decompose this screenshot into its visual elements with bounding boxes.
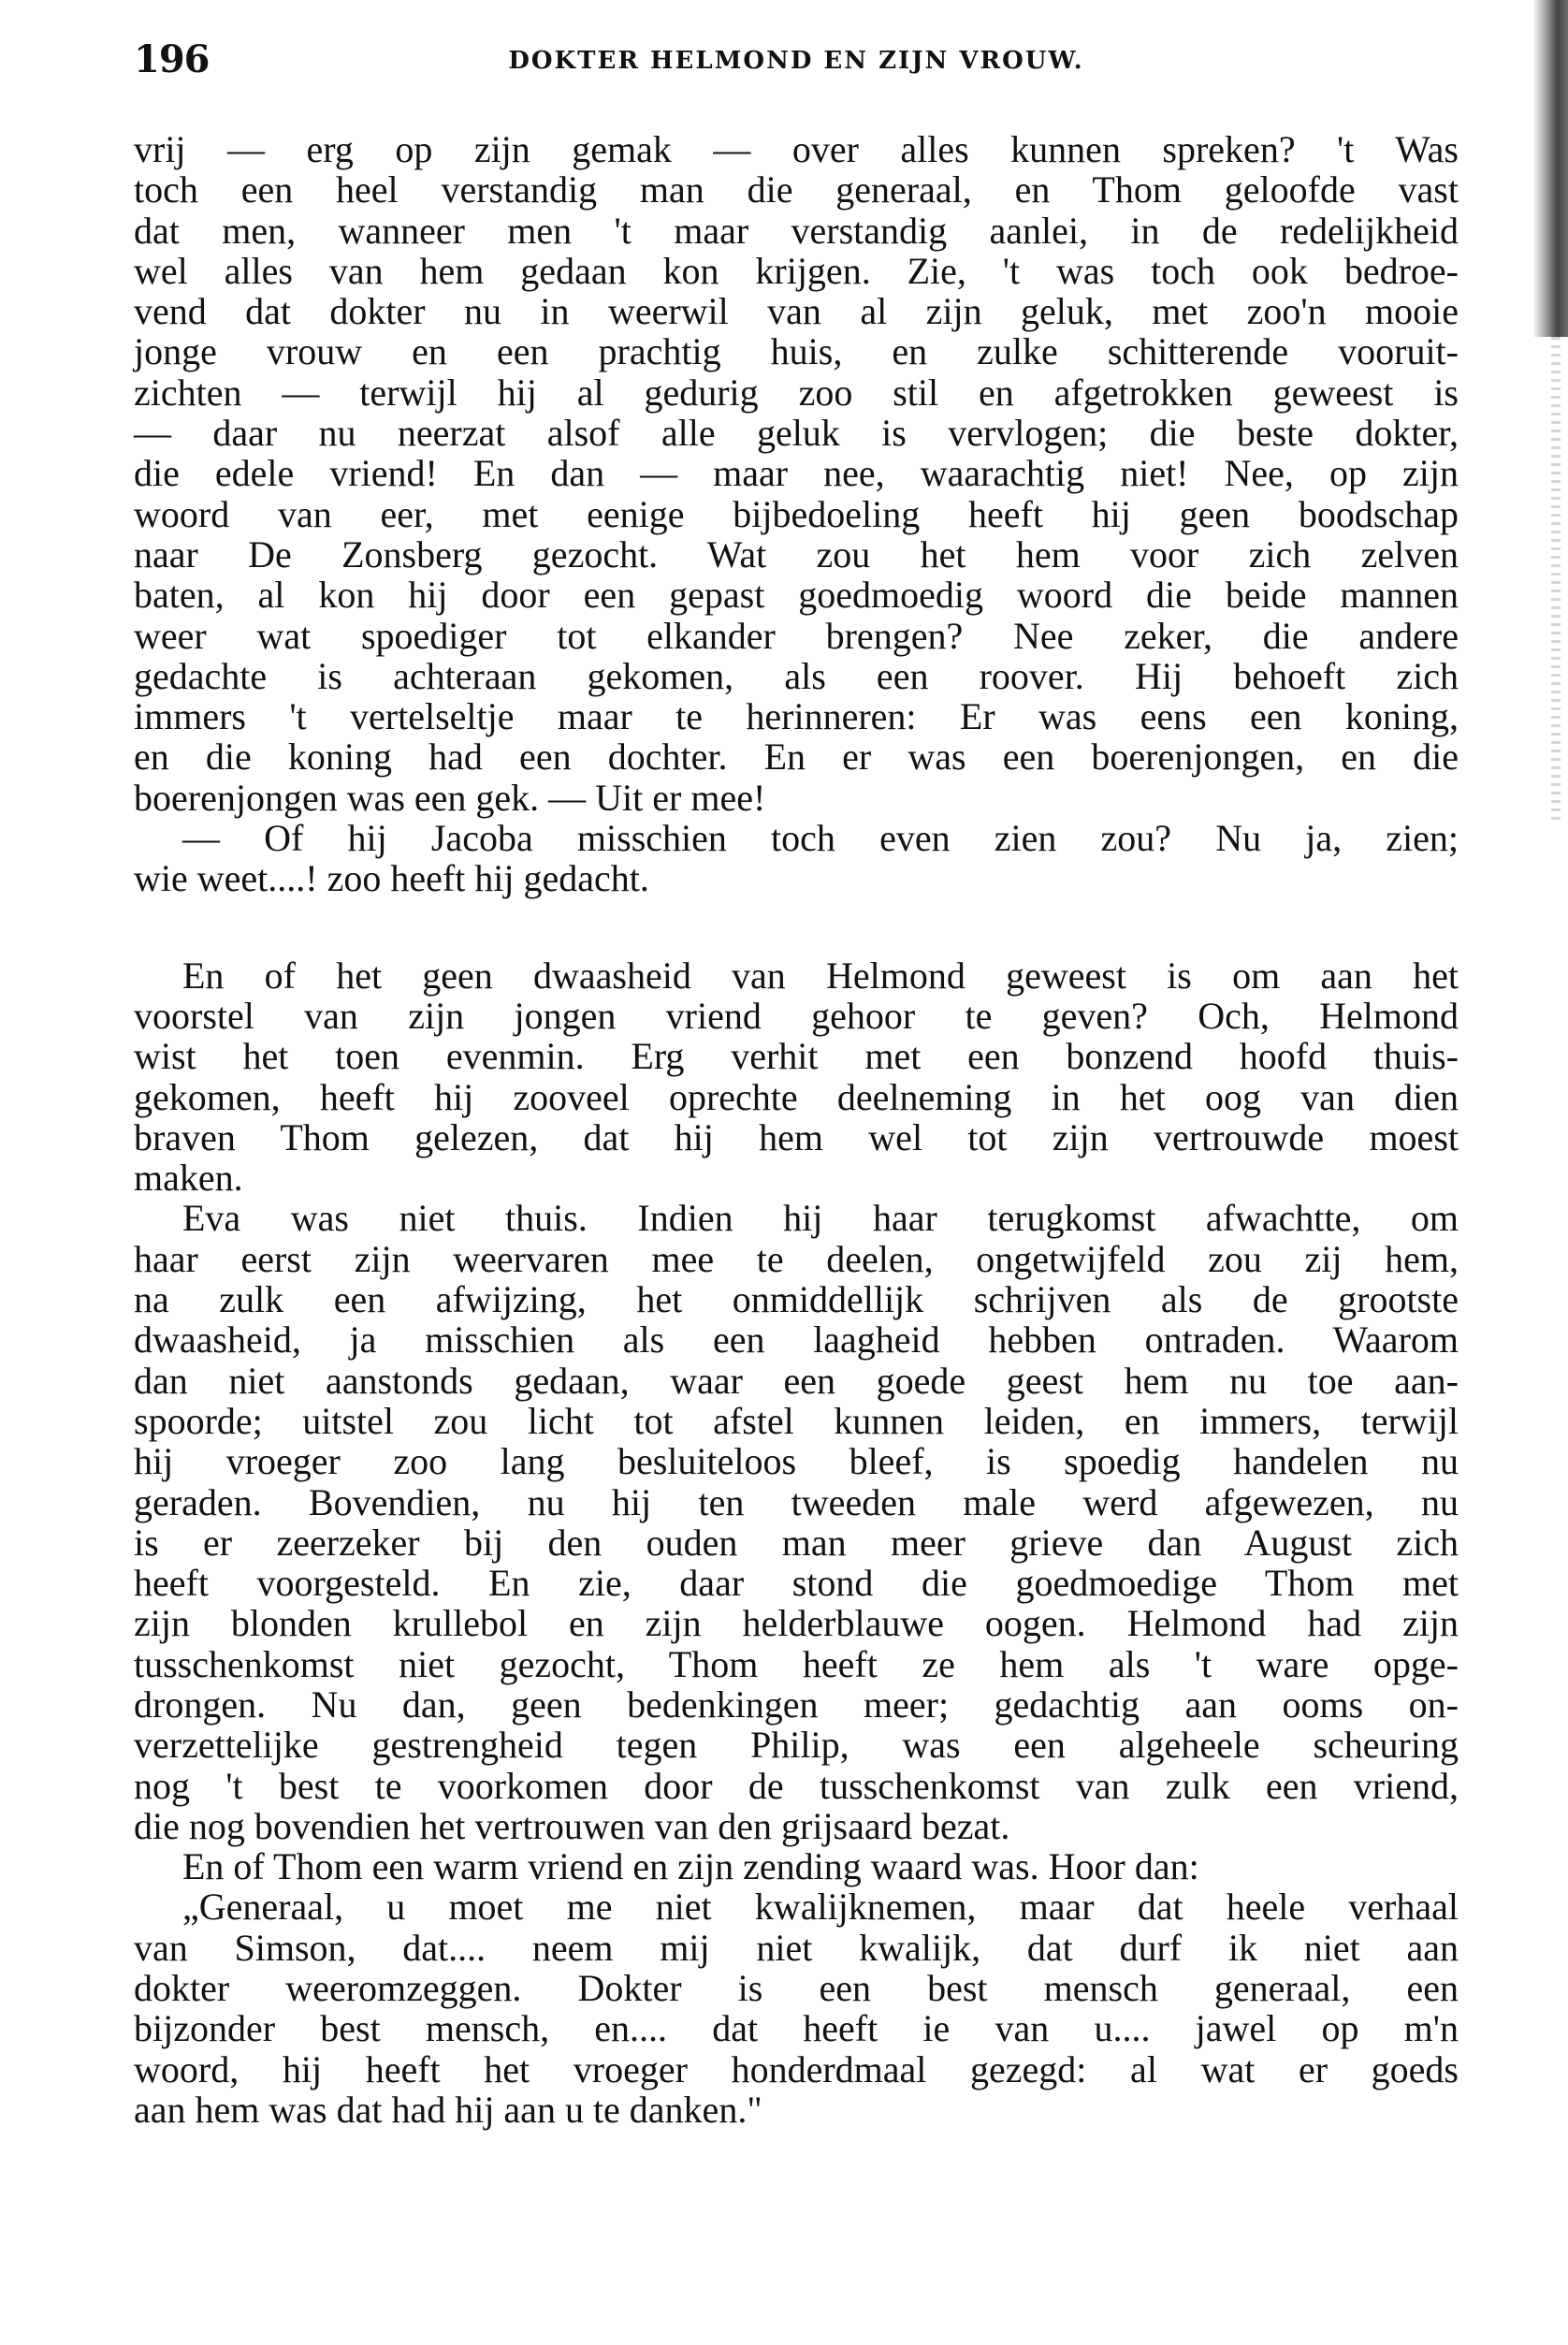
paragraph: — Of hij Jacoba misschien toch even zien…	[134, 818, 1459, 899]
page-body-text: vrij — erg op zijn gemak — over alles ku…	[134, 129, 1459, 2130]
text-line: haar eerst zijn weervaren mee te deelen,…	[134, 1239, 1459, 1279]
text-line: — Of hij Jacoba misschien toch even zien…	[134, 818, 1459, 858]
text-line: weer wat spoediger tot elkander brengen?…	[134, 616, 1459, 656]
text-line: na zulk een afwijzing, het onmiddellijk …	[134, 1279, 1459, 1319]
text-line: dokter weeromzeggen. Dokter is een best …	[134, 1968, 1459, 2008]
text-line: heeft voorgesteld. En zie, daar stond di…	[134, 1563, 1459, 1603]
text-line: drongen. Nu dan, geen bedenkingen meer; …	[134, 1684, 1459, 1725]
text-line: gekomen, heeft hij zooveel oprechte deel…	[134, 1077, 1459, 1117]
paragraph: Eva was niet thuis. Indien hij haar teru…	[134, 1198, 1459, 1846]
text-line: wel alles van hem gedaan kon krijgen. Zi…	[134, 251, 1459, 291]
text-line: woord van eer, met eenige bijbedoeling h…	[134, 494, 1459, 534]
text-line: spoorde; uitstel zou licht tot afstel ku…	[134, 1401, 1459, 1441]
text-line: van Simson, dat.... neem mij niet kwalij…	[134, 1928, 1459, 1968]
text-line: dwaasheid, ja misschien als een laagheid…	[134, 1319, 1459, 1360]
text-line: woord, hij heeft het vroeger honderdmaal…	[134, 2049, 1459, 2090]
text-line: — daar nu neerzat alsof alle geluk is ve…	[134, 413, 1459, 453]
page-header: 196 DOKTER HELMOND EN ZIJN VROUW.	[134, 37, 1459, 94]
text-line: En of Thom een warm vriend en zijn zendi…	[134, 1846, 1459, 1886]
paragraph: En of het geen dwaasheid van Helmond gew…	[134, 955, 1459, 1199]
text-line: bijzonder best mensch, en.... dat heeft …	[134, 2008, 1459, 2048]
text-line: En of het geen dwaasheid van Helmond gew…	[134, 955, 1459, 996]
text-line: dat men, wanneer men 't maar verstandig …	[134, 211, 1459, 251]
text-line: die edele vriend! En dan — maar nee, waa…	[134, 453, 1459, 493]
scanned-page-edge-speckle	[1551, 337, 1561, 823]
text-line: Eva was niet thuis. Indien hij haar teru…	[134, 1198, 1459, 1238]
text-line: nog 't best te voorkomen door de tussche…	[134, 1766, 1459, 1806]
text-line: hij vroeger zoo lang besluiteloos bleef,…	[134, 1441, 1459, 1481]
text-line: verzettelijke gestrengheid tegen Philip,…	[134, 1725, 1459, 1765]
text-line: boerenjongen was een gek. — Uit er mee!	[134, 778, 1459, 818]
text-line: is er zeerzeker bij den ouden man meer g…	[134, 1522, 1459, 1563]
text-line: braven Thom gelezen, dat hij hem wel tot…	[134, 1117, 1459, 1158]
text-line: gedachte is achteraan gekomen, als een r…	[134, 656, 1459, 696]
text-line: zichten — terwijl hij al gedurig zoo sti…	[134, 372, 1459, 413]
text-line: dan niet aanstonds gedaan, waar een goed…	[134, 1361, 1459, 1401]
text-line: die nog bovendien het vertrouwen van den…	[134, 1806, 1459, 1846]
text-line: naar De Zonsberg gezocht. Wat zou het he…	[134, 534, 1459, 575]
paragraph: „Generaal, u moet me niet kwalijknemen, …	[134, 1886, 1459, 2130]
text-line: wist het toen evenmin. Erg verhit met ee…	[134, 1036, 1459, 1076]
text-line: geraden. Bovendien, nu hij ten tweeden m…	[134, 1482, 1459, 1522]
text-line: wie weet....! zoo heeft hij gedacht.	[134, 858, 1459, 898]
text-line: „Generaal, u moet me niet kwalijknemen, …	[134, 1886, 1459, 1927]
text-line: tusschenkomst niet gezocht, Thom heeft z…	[134, 1644, 1459, 1684]
paragraph: En of Thom een warm vriend en zijn zendi…	[134, 1846, 1459, 1886]
book-page: 196 DOKTER HELMOND EN ZIJN VROUW. vrij —…	[0, 0, 1568, 2345]
text-line: jonge vrouw en een prachtig huis, en zul…	[134, 331, 1459, 371]
text-line: vend dat dokter nu in weerwil van al zij…	[134, 291, 1459, 331]
text-line: vrij — erg op zijn gemak — over alles ku…	[134, 129, 1459, 169]
text-line: immers 't vertelseltje maar te herinnere…	[134, 696, 1459, 736]
text-line: maken.	[134, 1158, 1459, 1198]
paragraph-gap	[134, 899, 1459, 955]
text-line: zijn blonden krullebol en zijn helderbla…	[134, 1603, 1459, 1643]
running-title: DOKTER HELMOND EN ZIJN VROUW.	[134, 47, 1459, 75]
text-line: en die koning had een dochter. En er was…	[134, 736, 1459, 777]
paragraph: vrij — erg op zijn gemak — over alles ku…	[134, 129, 1459, 818]
text-line: baten, al kon hij door een gepast goedmo…	[134, 575, 1459, 615]
text-line: aan hem was dat had hij aan u te danken.…	[134, 2090, 1459, 2130]
text-line: voorstel van zijn jongen vriend gehoor t…	[134, 996, 1459, 1036]
text-line: toch een heel verstandig man die generaa…	[134, 169, 1459, 210]
scanned-page-edge	[1532, 0, 1568, 337]
